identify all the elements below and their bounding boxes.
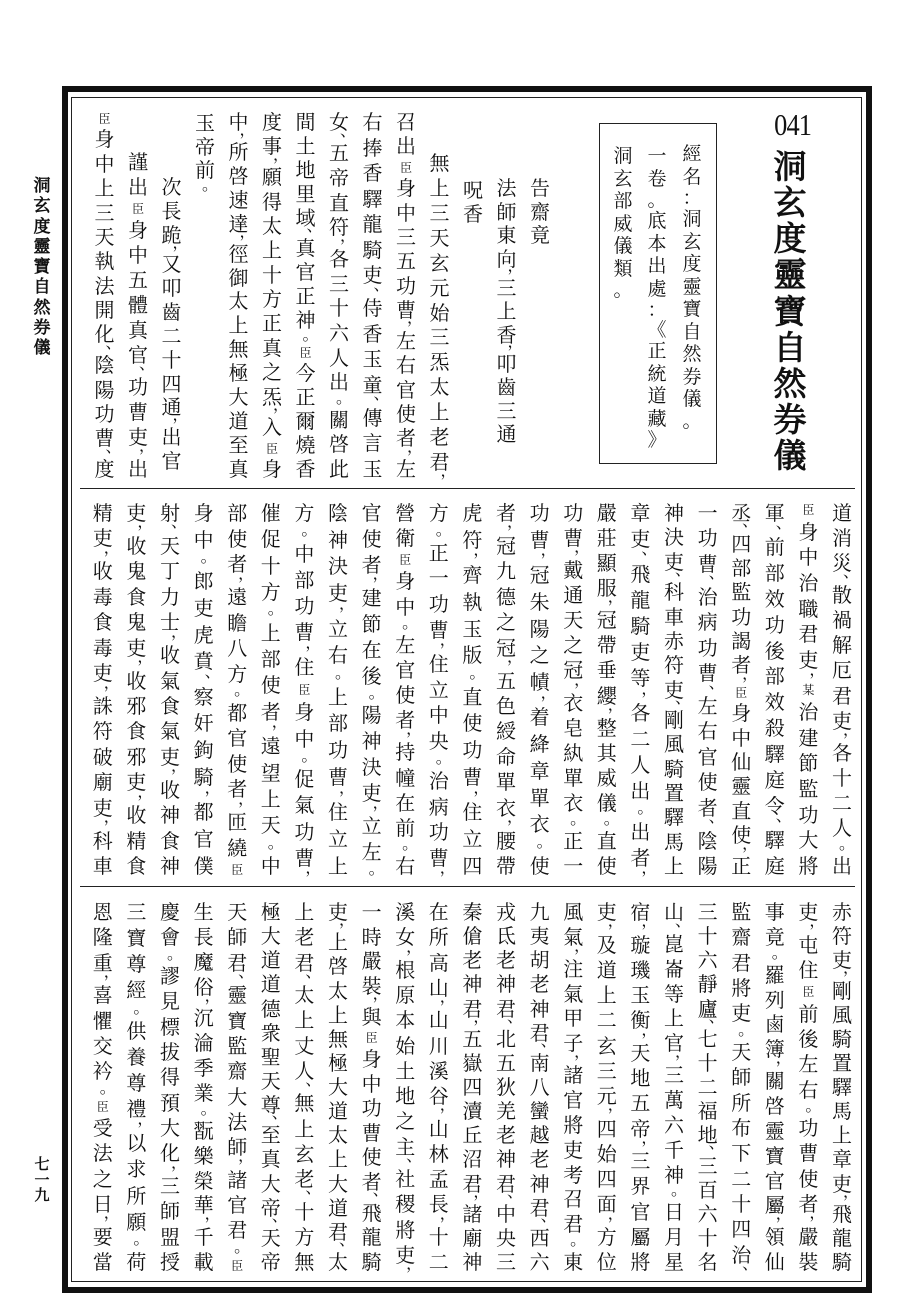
glyph: 丘 bbox=[460, 1125, 484, 1146]
glyph: 六 bbox=[696, 950, 720, 971]
glyph: 一 bbox=[561, 856, 585, 877]
text-column: 一功曹、治病功曹、左右官使者、陰陽 bbox=[696, 503, 720, 877]
text-column: 監齋君將吏。天師所布下二十四治、 bbox=[729, 902, 753, 1273]
glyph: 告 bbox=[528, 178, 552, 199]
glyph: 中 bbox=[93, 154, 117, 175]
glyph: 神 bbox=[326, 530, 350, 551]
glyph: 關 bbox=[763, 1071, 787, 1092]
glyph: 庭 bbox=[763, 856, 787, 877]
glyph: ， bbox=[805, 668, 829, 671]
text-column: 溪女，根原本始土地之主、社稷將吏， bbox=[393, 902, 417, 1273]
glyph: ， bbox=[100, 970, 124, 973]
glyph: 七 bbox=[696, 1029, 720, 1050]
glyph: 正 bbox=[427, 543, 451, 564]
glyph: 卷 bbox=[646, 168, 668, 191]
glyph: 將 bbox=[393, 1220, 417, 1241]
glyph: 上 bbox=[595, 985, 619, 1006]
glyph: ， bbox=[738, 842, 762, 845]
glyph: 寶 bbox=[770, 295, 810, 329]
text-column: 三十六靜廬、七十二福地、三百六十名 bbox=[696, 902, 720, 1273]
glyph: ， bbox=[201, 994, 225, 997]
glyph: 齊 bbox=[460, 565, 484, 586]
glyph: ， bbox=[504, 264, 528, 267]
glyph: 催 bbox=[259, 503, 283, 524]
glyph: 車 bbox=[91, 856, 115, 877]
glyph: 中 bbox=[394, 203, 418, 224]
glyph: 謁 bbox=[729, 631, 753, 652]
glyph: 左 bbox=[394, 459, 418, 480]
glyph: 官 bbox=[763, 1171, 787, 1192]
glyph: 西 bbox=[528, 1228, 552, 1249]
glyph: 鬼 bbox=[124, 612, 148, 633]
glyph: 八 bbox=[528, 1077, 552, 1098]
glyph: 正 bbox=[561, 831, 585, 852]
glyph: 促 bbox=[259, 529, 283, 550]
glyph: 嚴 bbox=[360, 951, 384, 972]
glyph: 蠻 bbox=[528, 1101, 552, 1122]
glyph: 功 bbox=[292, 596, 316, 617]
glyph: ， bbox=[100, 815, 124, 818]
glyph: 使 bbox=[393, 685, 417, 706]
glyph: 望 bbox=[259, 763, 283, 784]
glyph: 沼 bbox=[460, 1149, 484, 1170]
glyph: 二 bbox=[729, 1169, 753, 1190]
glyph: 自 bbox=[681, 321, 703, 344]
glyph: 。 bbox=[600, 814, 624, 823]
glyph: 。 bbox=[198, 180, 222, 189]
glyph: 四 bbox=[595, 1119, 619, 1140]
glyph: 度 bbox=[31, 218, 53, 236]
glyph: 、 bbox=[336, 129, 360, 132]
text-column: 功曹，冠朱陽之幘，着絳章單衣。使 bbox=[528, 503, 552, 877]
text-column: 上老君、太上丈人、無上玄老、十方無 bbox=[292, 902, 316, 1273]
glyph: 謹 bbox=[126, 152, 150, 173]
glyph: 正 bbox=[294, 387, 318, 408]
glyph: 左 bbox=[696, 696, 720, 717]
glyph: 臣 bbox=[294, 346, 318, 360]
glyph: 三 bbox=[696, 1156, 720, 1177]
glyph: 自 bbox=[770, 331, 810, 365]
glyph: 仙 bbox=[763, 1252, 787, 1273]
glyph: 四 bbox=[729, 534, 753, 555]
glyph: 預 bbox=[158, 1093, 182, 1114]
glyph: 載 bbox=[192, 1252, 216, 1273]
glyph: 上 bbox=[326, 932, 350, 953]
glyph: 衆 bbox=[259, 1023, 283, 1044]
glyph: 大 bbox=[227, 387, 251, 408]
glyph: 右 bbox=[696, 721, 720, 742]
glyph: 三 bbox=[428, 203, 452, 224]
glyph: 各 bbox=[830, 743, 854, 764]
glyph: 一 bbox=[646, 145, 668, 168]
glyph: 出 bbox=[126, 177, 150, 198]
glyph: 、 bbox=[167, 520, 191, 523]
glyph: 身 bbox=[260, 459, 284, 480]
glyph: 無 bbox=[428, 153, 452, 174]
glyph: 莊 bbox=[595, 528, 619, 549]
glyph: 通 bbox=[495, 424, 519, 445]
glyph: 齒 bbox=[495, 377, 519, 398]
glyph: 道 bbox=[595, 960, 619, 981]
info-box-line: 一卷。底本出處：《正統道藏》 bbox=[646, 145, 668, 450]
glyph: 。 bbox=[197, 1104, 221, 1113]
glyph: 儀 bbox=[31, 339, 53, 357]
glyph: 病 bbox=[696, 612, 720, 633]
glyph: ， bbox=[503, 815, 527, 818]
glyph: 尊 bbox=[124, 1073, 148, 1094]
glyph: 三 bbox=[124, 902, 148, 923]
glyph: 臣 bbox=[360, 1031, 384, 1045]
glyph: 收 bbox=[124, 805, 148, 826]
glyph: 始 bbox=[393, 1036, 417, 1057]
glyph: 上 bbox=[326, 687, 350, 708]
glyph: 陽 bbox=[93, 380, 117, 401]
glyph: 大 bbox=[326, 1077, 350, 1098]
glyph: 食 bbox=[124, 587, 148, 608]
glyph: 破 bbox=[91, 747, 115, 768]
glyph: 授 bbox=[158, 1252, 182, 1273]
glyph: 香 bbox=[294, 459, 318, 480]
glyph: 住 bbox=[292, 657, 316, 678]
glyph: 。 bbox=[566, 1235, 590, 1244]
glyph: 執 bbox=[460, 592, 484, 613]
glyph: 五 bbox=[394, 251, 418, 272]
glyph: 二 bbox=[628, 729, 652, 750]
glyph: 驛 bbox=[830, 1077, 854, 1098]
glyph: ， bbox=[402, 945, 426, 948]
glyph: 至 bbox=[227, 435, 251, 456]
glyph: 寶 bbox=[31, 258, 53, 276]
glyph: 風 bbox=[662, 734, 686, 755]
glyph: ， bbox=[133, 520, 157, 523]
glyph: 五 bbox=[126, 270, 150, 291]
glyph: 竟 bbox=[528, 225, 552, 246]
glyph: 效 bbox=[763, 589, 787, 610]
glyph: 、 bbox=[537, 1214, 561, 1217]
text-column: 身中。郎吏虎賁、察奸鉤騎，都官僕 bbox=[192, 503, 216, 877]
glyph: 功 bbox=[696, 638, 720, 659]
glyph: 。 bbox=[566, 814, 590, 823]
glyph: 君 bbox=[830, 686, 854, 707]
glyph: 老 bbox=[460, 950, 484, 971]
glyph: 在 bbox=[393, 793, 417, 814]
glyph: 至 bbox=[259, 1125, 283, 1146]
text-column: 女、五帝直符，各三十六人出。關啓此 bbox=[327, 112, 351, 480]
glyph: ， bbox=[369, 572, 393, 575]
info-box-line: 洞玄部威儀類。 bbox=[612, 145, 634, 300]
glyph: 科 bbox=[662, 582, 686, 603]
glyph: 龍 bbox=[830, 1228, 854, 1249]
glyph: 養 bbox=[124, 1047, 148, 1068]
glyph: 十 bbox=[830, 768, 854, 789]
glyph: 、 bbox=[201, 670, 225, 673]
glyph: 治 bbox=[427, 771, 451, 792]
glyph: 龍 bbox=[360, 1227, 384, 1248]
glyph: ， bbox=[236, 128, 260, 131]
glyph: ， bbox=[839, 966, 863, 969]
glyph: 九 bbox=[494, 561, 518, 582]
glyph: 功 bbox=[796, 1118, 820, 1139]
glyph: 。 bbox=[297, 751, 321, 760]
glyph: 本 bbox=[646, 233, 668, 256]
glyph: 着 bbox=[528, 707, 552, 728]
glyph: 察 bbox=[192, 687, 216, 708]
glyph: 得 bbox=[158, 1067, 182, 1088]
glyph: ， bbox=[772, 1056, 796, 1059]
glyph: ， bbox=[805, 919, 829, 922]
glyph: 道 bbox=[259, 950, 283, 971]
glyph: 太 bbox=[227, 291, 251, 312]
glyph: 皂 bbox=[561, 718, 585, 739]
glyph: 三 bbox=[696, 902, 720, 923]
glyph: 大 bbox=[259, 1174, 283, 1195]
glyph: ， bbox=[234, 1154, 258, 1157]
glyph: 香 bbox=[461, 204, 485, 225]
glyph: 、 bbox=[705, 681, 729, 684]
glyph: 供 bbox=[124, 1021, 148, 1042]
glyph: 衛 bbox=[393, 528, 417, 549]
glyph: 與 bbox=[360, 1007, 384, 1028]
glyph: 神 bbox=[460, 974, 484, 995]
glyph: ， bbox=[437, 469, 461, 472]
glyph: 見 bbox=[158, 991, 182, 1012]
glyph: 十 bbox=[696, 926, 720, 947]
glyph: 病 bbox=[427, 797, 451, 818]
glyph: 龍 bbox=[361, 214, 385, 235]
glyph: 單 bbox=[561, 768, 585, 789]
glyph: ， bbox=[167, 630, 191, 633]
text-column: 吏，及道上二玄三元，四始四面，方位 bbox=[595, 902, 619, 1273]
glyph: 五 bbox=[494, 1053, 518, 1074]
glyph: 、 bbox=[135, 362, 159, 365]
glyph: 原 bbox=[393, 985, 417, 1006]
glyph: 、 bbox=[301, 970, 325, 973]
glyph: 右 bbox=[394, 355, 418, 376]
glyph: 召 bbox=[561, 1189, 585, 1210]
glyph: 神 bbox=[158, 856, 182, 877]
glyph: 名 bbox=[696, 1252, 720, 1273]
glyph: 中 bbox=[292, 544, 316, 565]
glyph: 靜 bbox=[696, 974, 720, 995]
glyph: 洞 bbox=[681, 208, 703, 231]
glyph: 。 bbox=[230, 685, 254, 694]
section-divider-bottom bbox=[80, 886, 855, 887]
glyph: 、 bbox=[738, 519, 762, 522]
glyph: 天 bbox=[225, 902, 249, 923]
glyph: 馬 bbox=[662, 832, 686, 853]
glyph: 功 bbox=[528, 503, 552, 524]
glyph: 道 bbox=[830, 503, 854, 524]
glyph: 。 bbox=[432, 525, 456, 534]
glyph: 立 bbox=[326, 619, 350, 640]
glyph: 功 bbox=[696, 528, 720, 549]
glyph: 傖 bbox=[460, 926, 484, 947]
glyph: 始 bbox=[595, 1144, 619, 1165]
glyph: 整 bbox=[595, 718, 619, 739]
glyph: 九 bbox=[528, 902, 552, 923]
glyph: 羌 bbox=[494, 1101, 518, 1122]
glyph: 二 bbox=[595, 1010, 619, 1031]
glyph: 券 bbox=[770, 403, 810, 437]
glyph: 自 bbox=[31, 278, 53, 296]
glyph: 臣 bbox=[729, 686, 753, 700]
glyph: 鹵 bbox=[763, 1014, 787, 1035]
glyph: 、 bbox=[637, 547, 661, 550]
glyph: ， bbox=[469, 1190, 493, 1193]
glyph: 之 bbox=[91, 1169, 115, 1190]
glyph: 、 bbox=[839, 570, 863, 573]
glyph: 功 bbox=[729, 607, 753, 628]
glyph: 決 bbox=[360, 757, 384, 778]
glyph: 。 bbox=[96, 1083, 120, 1092]
glyph: 入 bbox=[260, 417, 284, 438]
glyph: 位 bbox=[595, 1252, 619, 1273]
glyph: 置 bbox=[830, 1053, 854, 1074]
glyph: 神 bbox=[528, 999, 552, 1020]
glyph: 氣 bbox=[158, 671, 182, 692]
text-column: 告齋竟 bbox=[528, 178, 552, 249]
glyph: 身 bbox=[126, 220, 150, 241]
glyph: 吏 bbox=[192, 598, 216, 619]
glyph: 老 bbox=[494, 950, 518, 971]
glyph: ， bbox=[369, 801, 393, 804]
glyph: 寶 bbox=[124, 928, 148, 949]
glyph: 通 bbox=[561, 585, 585, 606]
glyph: 部 bbox=[763, 666, 787, 687]
glyph: 官 bbox=[225, 728, 249, 749]
glyph: ， bbox=[839, 1190, 863, 1193]
glyph: ， bbox=[335, 786, 359, 789]
glyph: ， bbox=[604, 919, 628, 922]
glyph: 上 bbox=[259, 623, 283, 644]
text-column: 者，冠九德之冠，五色綬命單衣，腰帶 bbox=[494, 503, 518, 877]
glyph: 帶 bbox=[595, 635, 619, 656]
glyph: 鉤 bbox=[192, 740, 216, 761]
glyph: 住 bbox=[796, 960, 820, 981]
glyph: 騎 bbox=[360, 1252, 384, 1273]
glyph: 人 bbox=[327, 348, 351, 369]
glyph: 綬 bbox=[494, 721, 518, 742]
glyph: 十 bbox=[292, 1202, 316, 1223]
glyph: 章 bbox=[628, 503, 652, 524]
glyph: 飛 bbox=[360, 1203, 384, 1224]
text-column: 嚴莊顯服，冠帶垂纓，整其威儀。直使 bbox=[595, 503, 619, 877]
glyph: ， bbox=[234, 572, 258, 575]
glyph: 。 bbox=[230, 1242, 254, 1251]
text-column: 無上三天玄元始三炁太上老君， bbox=[428, 153, 452, 480]
glyph: ， bbox=[537, 691, 561, 694]
glyph: ， bbox=[269, 153, 293, 156]
glyph: 榮 bbox=[192, 1171, 216, 1192]
glyph: ， bbox=[335, 602, 359, 605]
glyph: ， bbox=[570, 944, 594, 947]
glyph: 界 bbox=[628, 1176, 652, 1197]
glyph: 四 bbox=[729, 1219, 753, 1240]
glyph: 玉 bbox=[193, 113, 217, 134]
glyph: 上 bbox=[260, 240, 284, 261]
glyph: 節 bbox=[360, 614, 384, 635]
glyph: 》 bbox=[646, 430, 668, 450]
glyph: 齋 bbox=[225, 1061, 249, 1082]
glyph: 僕 bbox=[192, 856, 216, 877]
section-divider-top bbox=[80, 488, 855, 489]
text-column: 部使者，遠瞻八方。都官使者，匝繞臣 bbox=[225, 503, 249, 877]
glyph: 精 bbox=[124, 831, 148, 852]
glyph: 虎 bbox=[192, 625, 216, 646]
glyph: ， bbox=[503, 520, 527, 523]
info-box-line: 經名：洞玄度靈寶自然券儀。 bbox=[681, 143, 703, 431]
glyph: 監 bbox=[729, 902, 753, 923]
glyph: 盟 bbox=[158, 1227, 182, 1248]
glyph: 馬 bbox=[830, 1101, 854, 1122]
glyph: 大 bbox=[259, 926, 283, 947]
glyph: 此 bbox=[327, 459, 351, 480]
glyph: 天 bbox=[628, 1043, 652, 1064]
glyph: 收 bbox=[124, 671, 148, 692]
glyph: 收 bbox=[124, 536, 148, 557]
glyph: 三 bbox=[93, 203, 117, 224]
glyph: 、 bbox=[503, 1190, 527, 1193]
glyph: 剛 bbox=[830, 981, 854, 1002]
glyph: ， bbox=[637, 687, 661, 690]
glyph: 真 bbox=[126, 320, 150, 341]
glyph: 繞 bbox=[225, 838, 249, 859]
glyph: 稷 bbox=[393, 1194, 417, 1215]
glyph: 出 bbox=[830, 856, 854, 877]
glyph: 真 bbox=[260, 338, 284, 359]
glyph: 今 bbox=[294, 363, 318, 384]
glyph: 地 bbox=[393, 1086, 417, 1107]
glyph: 老 bbox=[528, 974, 552, 995]
glyph: ， bbox=[402, 727, 426, 730]
glyph: 等 bbox=[662, 984, 686, 1005]
glyph: 置 bbox=[662, 783, 686, 804]
glyph: 使 bbox=[394, 404, 418, 425]
glyph: 曹 bbox=[126, 402, 150, 423]
glyph: 玄 bbox=[681, 231, 703, 254]
glyph: 天 bbox=[561, 610, 585, 631]
page-number: 七一九 bbox=[31, 1157, 53, 1203]
glyph: 出 bbox=[394, 136, 418, 157]
glyph: 匝 bbox=[225, 812, 249, 833]
glyph: 御 bbox=[227, 268, 251, 289]
glyph: 越 bbox=[528, 1125, 552, 1146]
glyph: 靈 bbox=[729, 776, 753, 797]
glyph: 溪 bbox=[393, 902, 417, 923]
glyph: 北 bbox=[494, 1029, 518, 1050]
glyph: 功 bbox=[326, 740, 350, 761]
glyph: 洞 bbox=[31, 177, 53, 195]
glyph: 。 bbox=[646, 190, 668, 210]
glyph: 玉 bbox=[460, 619, 484, 640]
glyph: 各 bbox=[628, 703, 652, 724]
glyph: 方 bbox=[595, 1227, 619, 1248]
glyph: 臣 bbox=[260, 442, 284, 456]
glyph: 廟 bbox=[91, 772, 115, 793]
glyph: 身 bbox=[393, 571, 417, 592]
glyph: ， bbox=[169, 413, 193, 416]
glyph: 長 bbox=[160, 201, 184, 222]
glyph: 功 bbox=[93, 404, 117, 425]
glyph: ， bbox=[234, 797, 258, 800]
glyph: ， bbox=[369, 992, 393, 995]
text-column: 極大道道德衆聖天尊、至真大帝、天帝 bbox=[259, 902, 283, 1273]
glyph: 名 bbox=[681, 166, 703, 189]
glyph: 師 bbox=[495, 202, 519, 223]
glyph: 夷 bbox=[528, 926, 552, 947]
glyph: 十 bbox=[696, 1053, 720, 1074]
glyph: 所 bbox=[124, 1186, 148, 1207]
